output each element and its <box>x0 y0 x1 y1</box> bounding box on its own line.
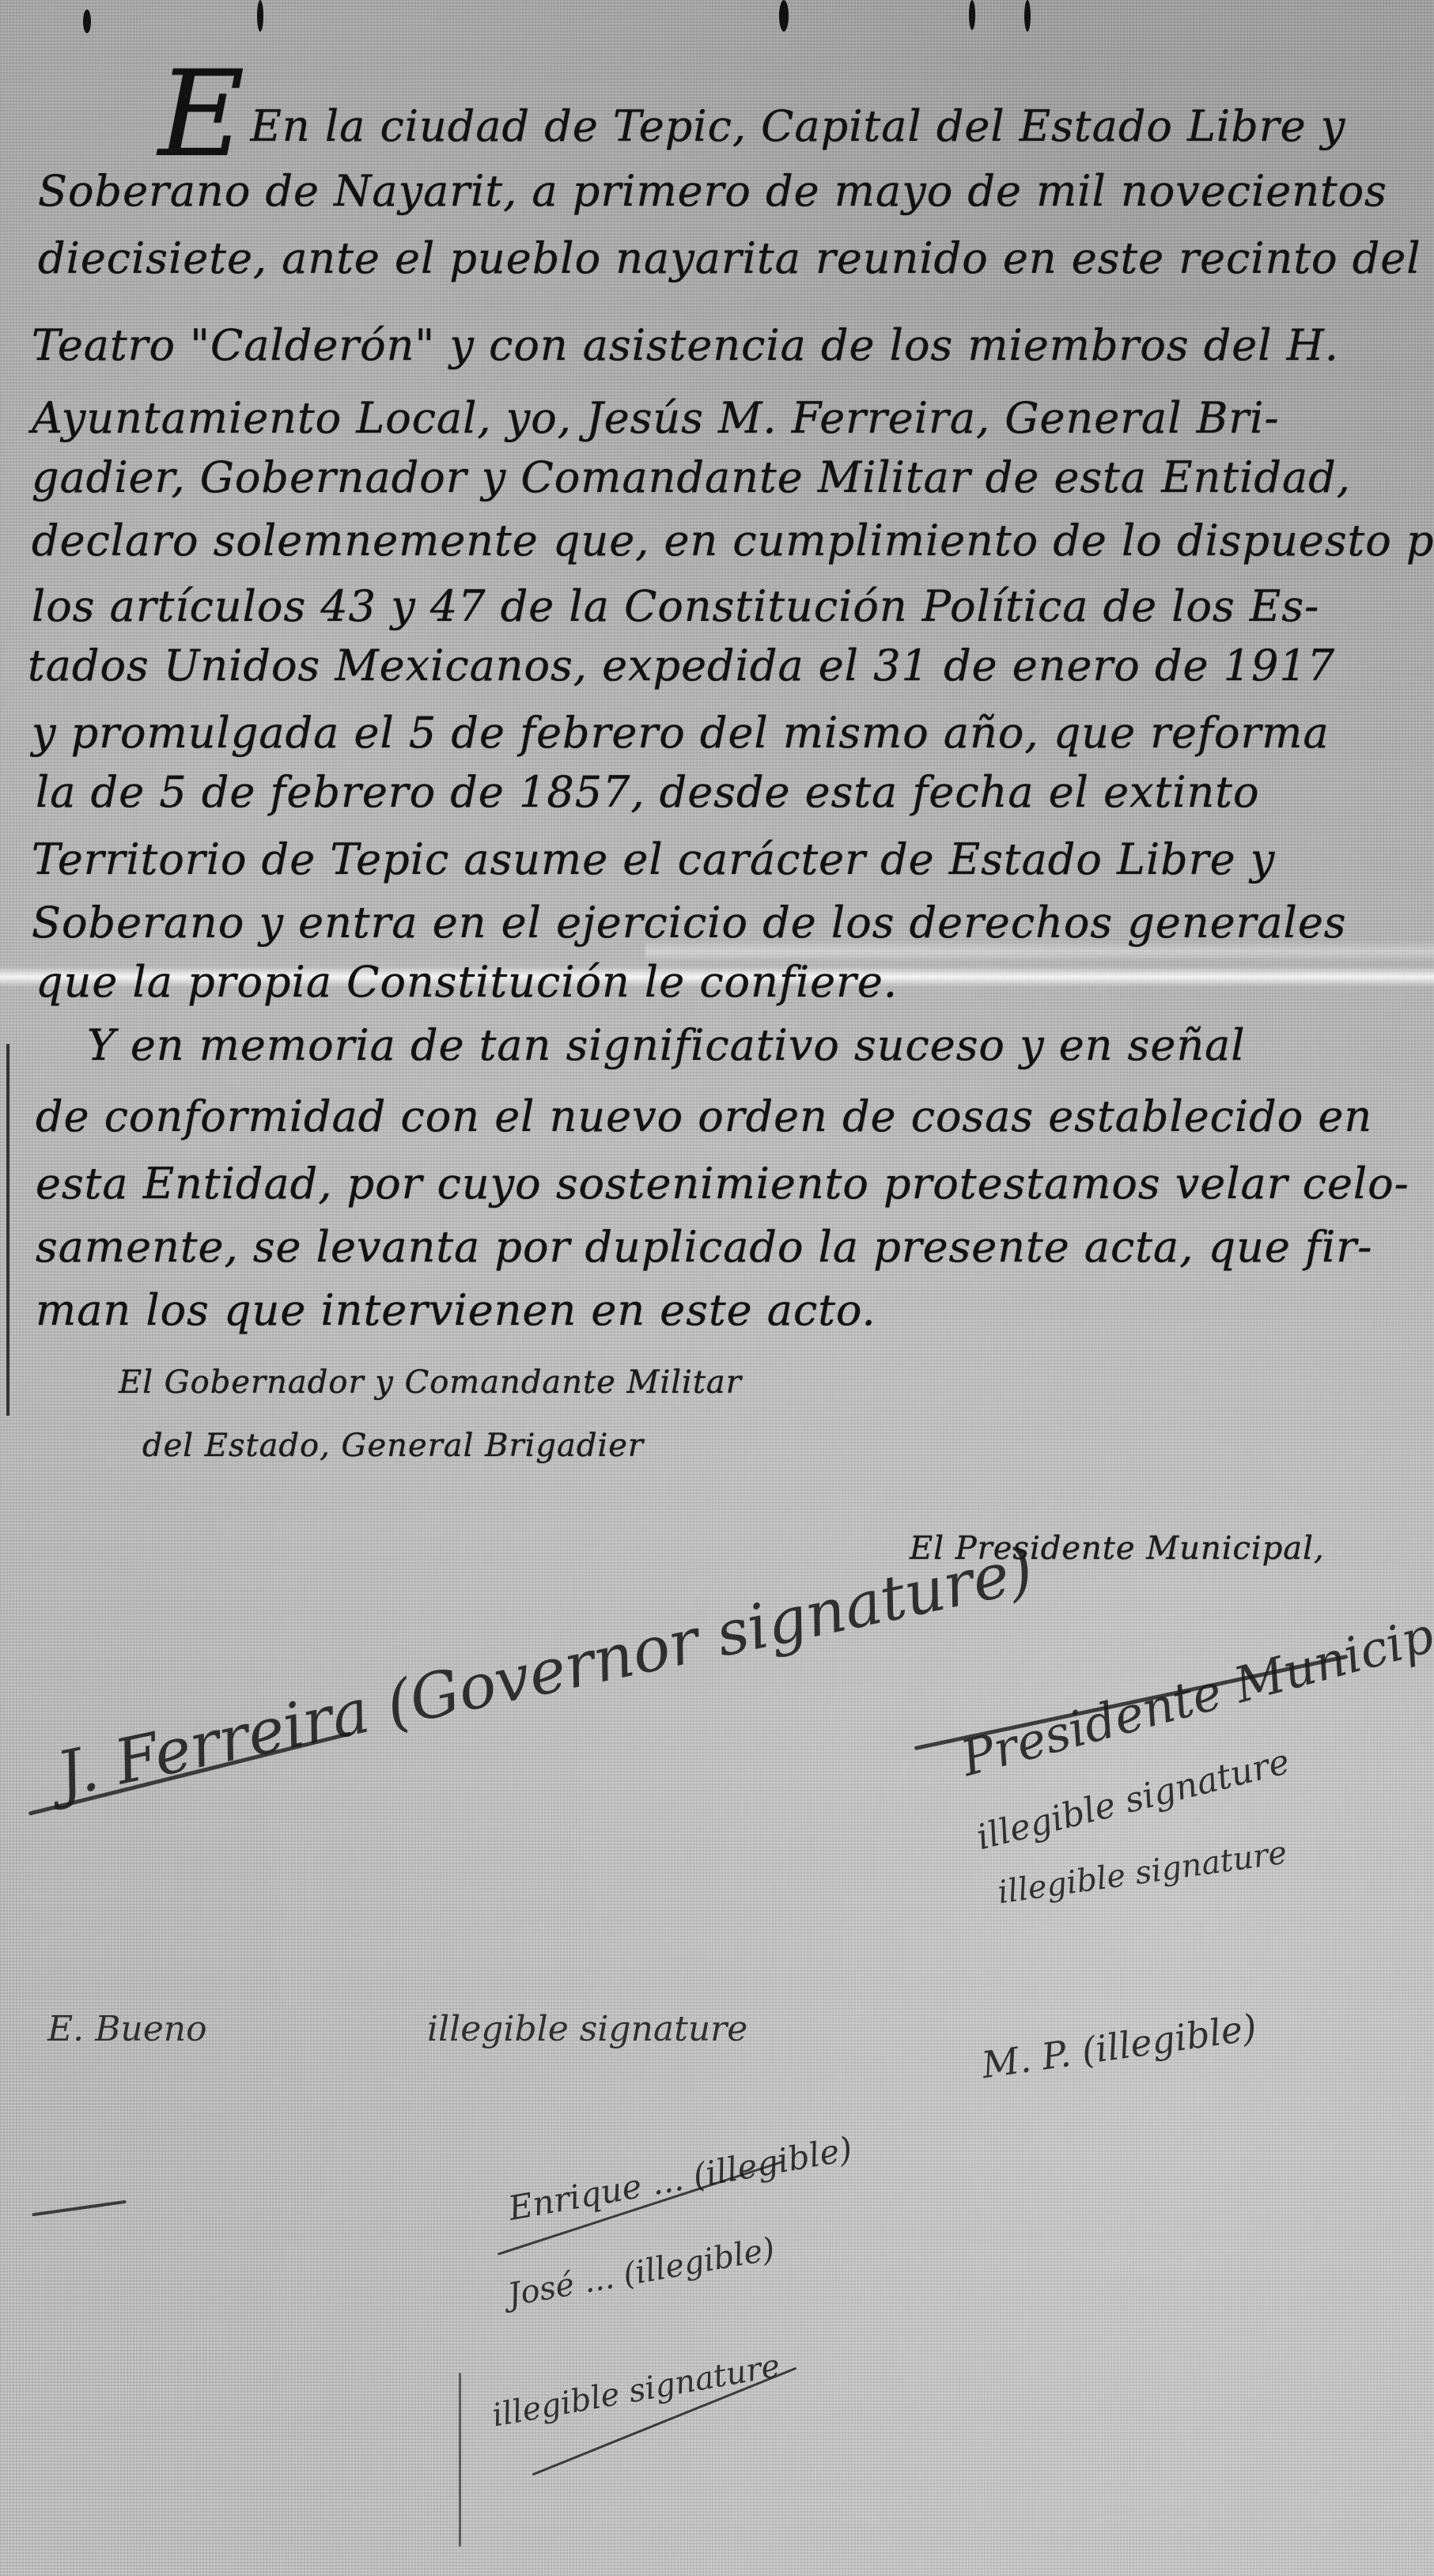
signature-flourish <box>459 2373 461 2547</box>
ink-mark <box>1024 0 1031 32</box>
margin-rule <box>6 1044 9 1416</box>
signature: E. Bueno <box>47 2009 207 2049</box>
ink-mark <box>257 0 263 32</box>
body-line: samente, se levanta por duplicado la pre… <box>36 1222 1372 1272</box>
body-line-text: En la ciudad de Tepic, Capital del Estad… <box>251 101 1346 151</box>
governor-title-line2: del Estado, General Brigadier <box>142 1428 644 1464</box>
signature: José ... (illegible) <box>505 2231 778 2314</box>
body-line: declaro solemnemente que, en cumplimient… <box>32 516 1434 566</box>
signature: M. P. (illegible) <box>979 2006 1259 2086</box>
body-line: Soberano de Nayarit, a primero de mayo d… <box>38 166 1387 216</box>
governor-title-line1: El Gobernador y Comandante Militar <box>119 1364 742 1401</box>
body-line: man los que intervienen en este acto. <box>36 1285 876 1335</box>
body-line: Soberano y entra en el ejercicio de los … <box>32 898 1347 948</box>
body-line: Ayuntamiento Local, yo, Jesús M. Ferreir… <box>32 393 1280 443</box>
signature: illegible signature <box>996 1835 1289 1912</box>
body-line: diecisiete, ante el pueblo nayarita reun… <box>38 233 1421 283</box>
signature: illegible signature <box>427 2009 747 2049</box>
body-line: tados Unidos Mexicanos, expedida el 31 d… <box>28 641 1335 690</box>
body-line: la de 5 de febrero de 1857, desde esta f… <box>36 767 1260 817</box>
body-line: Territorio de Tepic asume el carácter de… <box>32 834 1275 884</box>
body-line: que la propia Constitución le confiere. <box>36 957 898 1007</box>
body-line: EEn la ciudad de Tepic, Capital del Esta… <box>158 55 1345 174</box>
signature: Enrique ... (illegible) <box>505 2129 855 2228</box>
ink-mark <box>969 0 975 30</box>
body-line: esta Entidad, por cuyo sostenimiento pro… <box>36 1159 1409 1209</box>
drop-cap: E <box>158 46 246 183</box>
body-line: los artículos 43 y 47 de la Constitución… <box>32 581 1319 631</box>
body-line: Y en memoria de tan significativo suceso… <box>87 1020 1246 1070</box>
body-line: Teatro "Calderón" y con asistencia de lo… <box>32 320 1339 370</box>
body-line: gadier, Gobernador y Comandante Militar … <box>32 452 1351 502</box>
signature-flourish <box>32 2200 126 2217</box>
ink-mark <box>83 9 91 33</box>
body-line: de conformidad con el nuevo orden de cos… <box>36 1091 1372 1141</box>
ink-mark <box>779 0 789 32</box>
scanned-document-page: EEn la ciudad de Tepic, Capital del Esta… <box>0 0 1434 2576</box>
body-line: y promulgada el 5 de febrero del mismo a… <box>32 708 1330 758</box>
